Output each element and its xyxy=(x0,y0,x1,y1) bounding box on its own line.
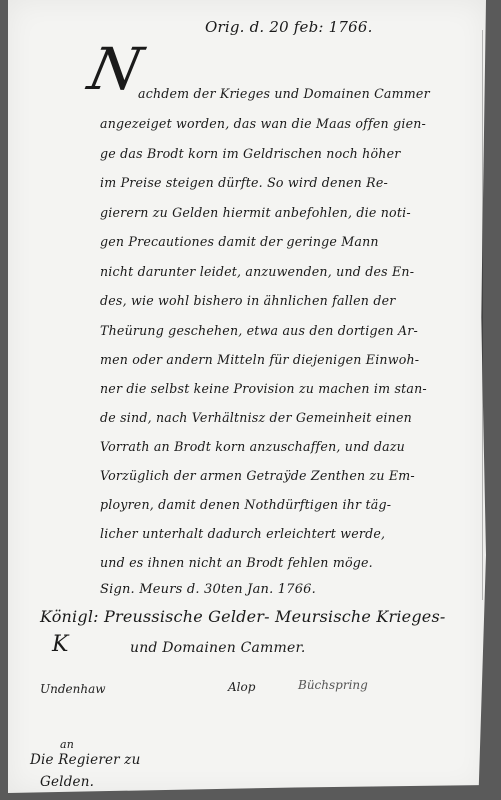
body-line-16: licher unterhalt dadurch erleichtert wer… xyxy=(100,526,385,541)
signature-3: Büchspring xyxy=(298,678,368,692)
body-line-1: achdem der Krieges und Domainen Cammer xyxy=(138,86,430,101)
body-line-14: Vorzüglich der armen Getraÿde Zenthen zu… xyxy=(100,468,415,483)
body-line-3: ge das Brodt korn im Geldrischen noch hö… xyxy=(100,146,400,161)
body-line-15: ployren, damit denen Nothdürftigen ihr t… xyxy=(100,497,391,512)
closing-authority-line-2: und Domainen Cammer. xyxy=(130,640,305,656)
body-line-8: des, wie wohl bishero in ähnlichen falle… xyxy=(100,293,395,308)
body-line-17: und es ihnen nicht an Brodt fehlen möge. xyxy=(100,555,373,570)
closing-authority-line-1: Königl: Preussische Gelder- Meursische K… xyxy=(40,607,445,626)
body-line-6: gen Precautiones damit der geringe Mann xyxy=(100,234,379,249)
address-line-1: Die Regierer zu xyxy=(30,752,141,768)
body-line-12: de sind, nach Verhältnisz der Gemeinheit… xyxy=(100,410,412,425)
body-line-10: men oder andern Mitteln für diejenigen E… xyxy=(100,352,419,367)
signature-2: Alop xyxy=(228,680,255,694)
address-line-2: Gelden. xyxy=(40,774,94,790)
paper-fold-line xyxy=(482,30,483,600)
body-line-11: ner die selbst keine Provision zu machen… xyxy=(100,381,427,396)
signature-1: Undenhaw xyxy=(40,682,106,696)
date-header: Orig. d. 20 feb: 1766. xyxy=(205,18,373,36)
body-line-7: nicht darunter leidet, anzuwenden, und d… xyxy=(100,264,414,279)
body-line-5: gierern zu Gelden hiermit anbefohlen, di… xyxy=(100,205,411,220)
address-prefix: an xyxy=(60,738,74,751)
body-line-9: Theürung geschehen, etwa aus den dortige… xyxy=(100,323,418,338)
body-line-13: Vorrath an Brodt korn anzuschaffen, und … xyxy=(100,439,405,454)
closing-initial-k: K xyxy=(52,632,69,657)
dated-line: Sign. Meurs d. 30ten Jan. 1766. xyxy=(100,582,316,597)
body-line-4: im Preise steigen dürfte. So wird denen … xyxy=(100,175,388,190)
body-line-2: angezeiget worden, das wan die Maas offe… xyxy=(100,116,426,131)
